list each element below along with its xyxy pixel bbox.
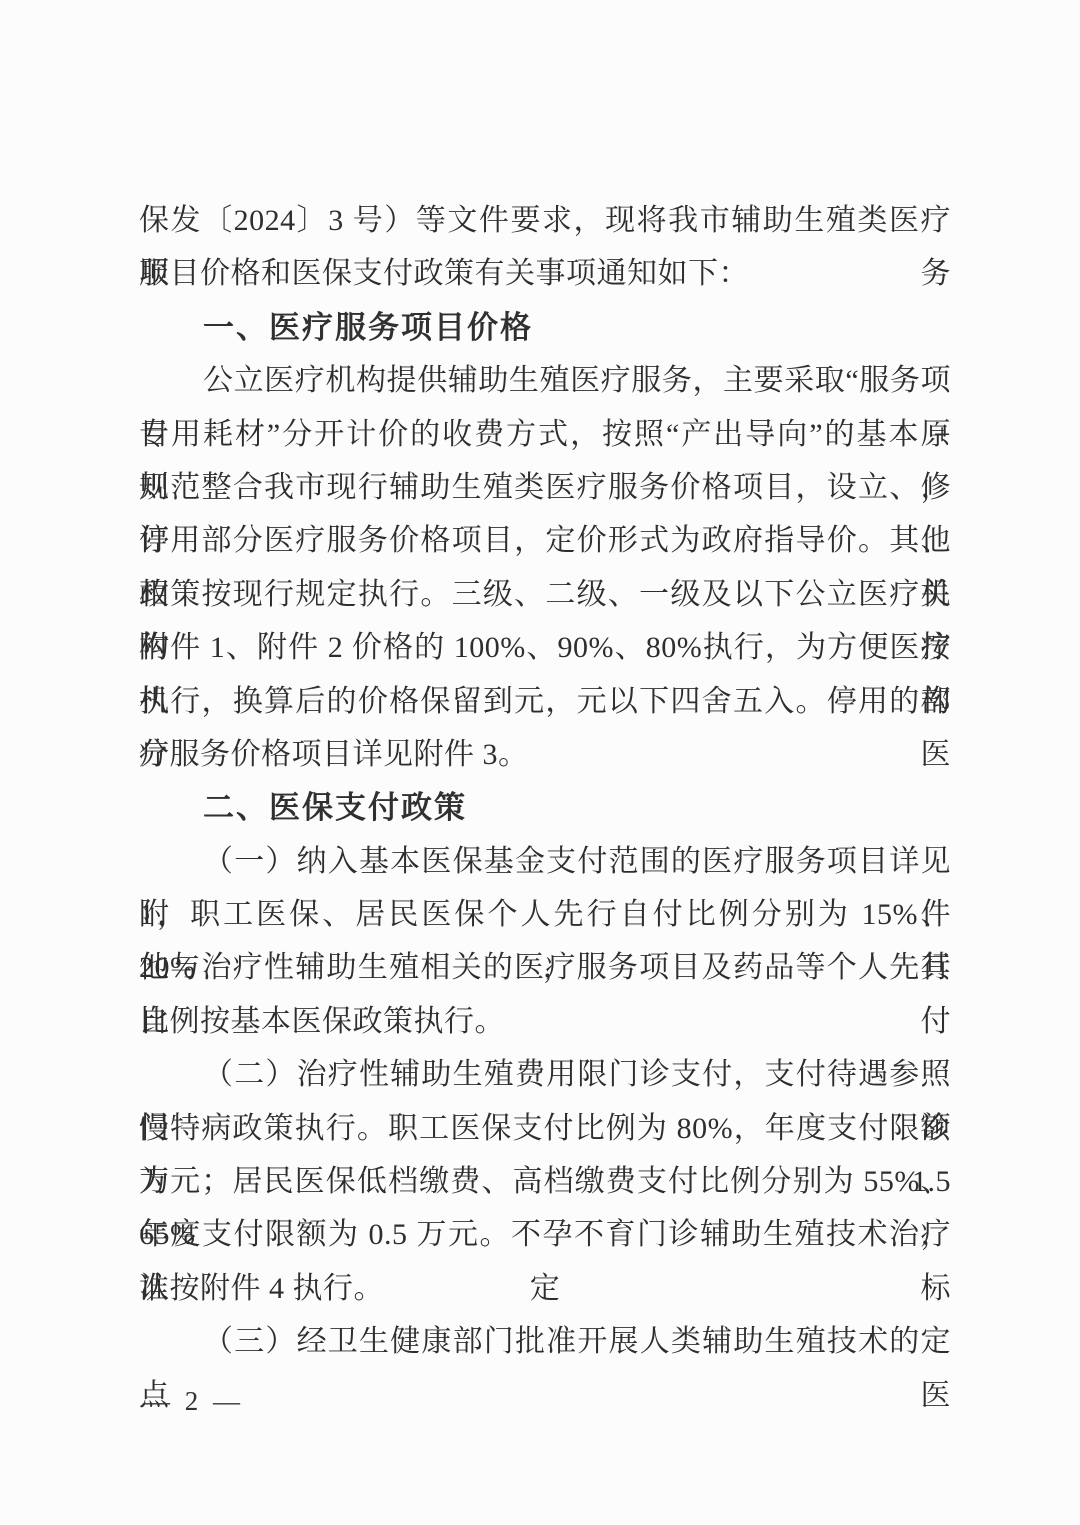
text-line: 慢特病政策执行。职工医保支付比例为 80%，年度支付限额为 1.5 bbox=[139, 1102, 951, 1155]
text-line: 规范整合我市现行辅助生殖类医疗服务价格项目，设立、修订、 bbox=[139, 461, 951, 514]
text-line: 附件 1、附件 2 价格的 100%、90%、80%执行，为方便医疗机构 bbox=[139, 621, 951, 674]
text-line: 公立医疗机构提供辅助生殖医疗服务，主要采取“服务项目+ bbox=[139, 354, 951, 407]
text-line: 1，职工医保、居民医保个人先行自付比例分别为 15%、20%，其 bbox=[139, 888, 951, 941]
text-line: 停用部分医疗服务价格项目，定价形式为政府指导价。其他相关 bbox=[139, 514, 951, 567]
document-page: 保发〔2024〕3 号）等文件要求，现将我市辅助生殖类医疗服务项目价格和医保支付… bbox=[0, 0, 1080, 1525]
text-line: （三）经卫生健康部门批准开展人类辅助生殖技术的定点医 bbox=[139, 1315, 951, 1368]
section-heading: 一、医疗服务项目价格 bbox=[139, 301, 951, 354]
text-line: （一）纳入基本医保基金支付范围的医疗服务项目详见附件 bbox=[139, 835, 951, 888]
text-line: 执行，换算后的价格保留到元，元以下四舍五入。停用的部分医 bbox=[139, 675, 951, 728]
page-number: — 2 — bbox=[143, 1386, 244, 1417]
document-body: 保发〔2024〕3 号）等文件要求，现将我市辅助生殖类医疗服务项目价格和医保支付… bbox=[139, 194, 951, 1369]
text-line: 政策按现行规定执行。三级、二级、一级及以下公立医疗机构按 bbox=[139, 568, 951, 621]
text-line: 专用耗材”分开计价的收费方式，按照“产出导向”的基本原则， bbox=[139, 408, 951, 461]
text-line: 他与治疗性辅助生殖相关的医疗服务项目及药品等个人先行自付 bbox=[139, 941, 951, 994]
section-heading: 二、医保支付政策 bbox=[139, 781, 951, 834]
text-line: 保发〔2024〕3 号）等文件要求，现将我市辅助生殖类医疗服务 bbox=[139, 194, 951, 247]
text-line: 万元；居民医保低档缴费、高档缴费支付比例分别为 55%、65%， bbox=[139, 1155, 951, 1208]
text-line: 年度支付限额为 0.5 万元。不孕不育门诊辅助生殖技术治疗认定标 bbox=[139, 1208, 951, 1261]
text-line: （二）治疗性辅助生殖费用限门诊支付，支付待遇参照门诊 bbox=[139, 1048, 951, 1101]
